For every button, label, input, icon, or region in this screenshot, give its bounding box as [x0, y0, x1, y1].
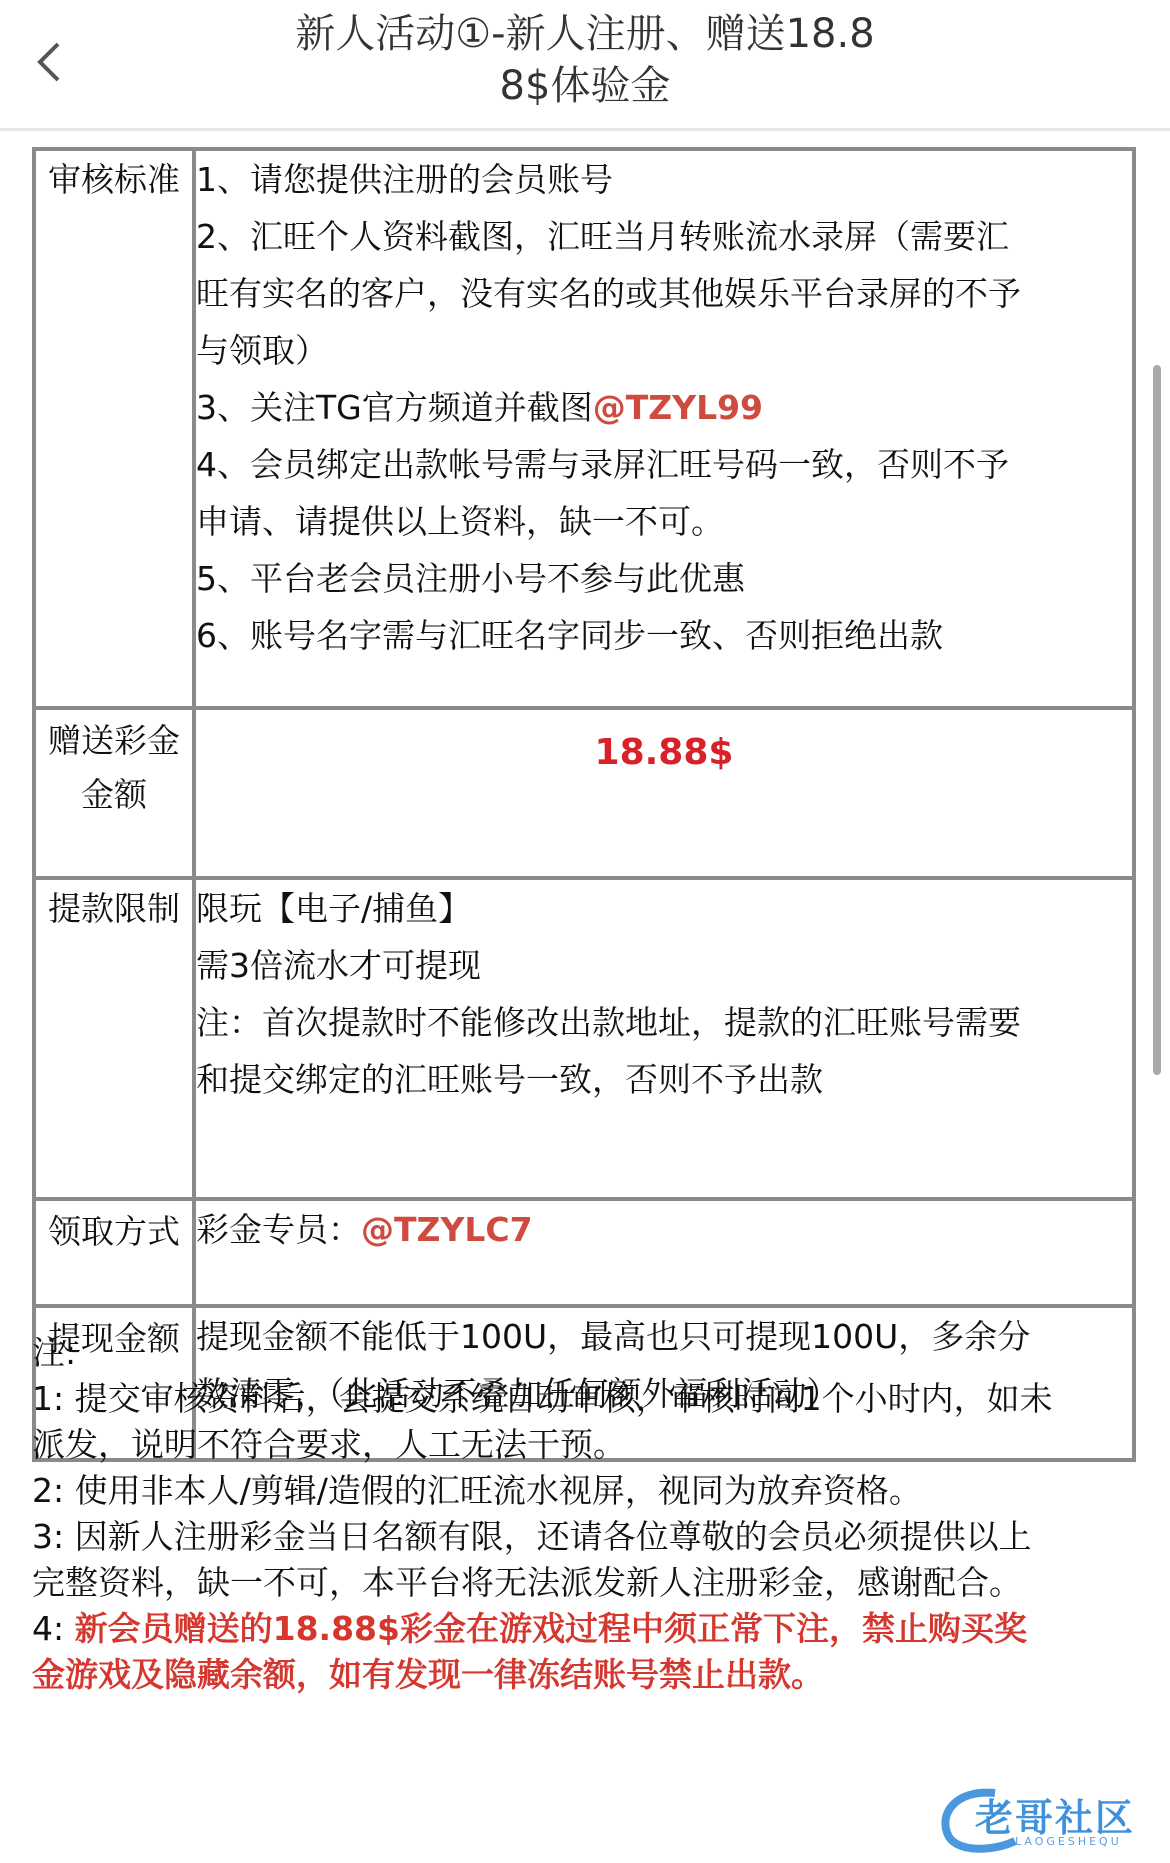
row-content: 18.88$: [194, 708, 1134, 878]
row-label: 审核标准: [34, 149, 194, 708]
row-label: 赠送彩金 金额: [34, 708, 194, 878]
watermark-logo: 老哥社区 LAOGESHEQU: [935, 1785, 1155, 1855]
rules-table: 审核标准 1、请您提供注册的会员账号 2、汇旺个人资料截图，汇旺当月转账流水录屏…: [32, 147, 1136, 1462]
table-row-review-criteria: 审核标准 1、请您提供注册的会员账号 2、汇旺个人资料截图，汇旺当月转账流水录屏…: [34, 149, 1134, 708]
note-warning: 金游戏及隐藏余额，如有发现一律冻结账号禁止出款。: [32, 1652, 1142, 1698]
note-line: 2: 使用非本人/剪辑/造假的汇旺流水视屏，视同为放弃资格。: [32, 1468, 1142, 1514]
watermark-subtext: LAOGESHEQU: [1015, 1835, 1122, 1848]
criteria-line: 4、会员绑定出款帐号需与录屏汇旺号码一致，否则不予: [196, 436, 1132, 493]
limit-line: 限玩【电子/捕鱼】: [196, 880, 1132, 937]
limit-line: 需3倍流水才可提现: [196, 937, 1132, 994]
row-label: 领取方式: [34, 1199, 194, 1306]
title-line-1: 新人活动①-新人注册、赠送18.8: [220, 8, 950, 60]
criteria-text: 3、关注TG官方频道并截图: [196, 388, 593, 427]
row-content: 1、请您提供注册的会员账号 2、汇旺个人资料截图，汇旺当月转账流水录屏（需要汇 …: [194, 149, 1134, 708]
claim-prefix: 彩金专员：: [196, 1210, 361, 1249]
limit-line: 和提交绑定的汇旺账号一致，否则不予出款: [196, 1051, 1132, 1108]
chevron-left-icon: [30, 36, 70, 86]
row-content: 彩金专员：@TZYLC7: [194, 1199, 1134, 1306]
note-line: 派发，说明不符合要求，人工无法干预。: [32, 1422, 1142, 1468]
note-line: 1: 提交审核资料后，会提交系统自动审核，审核时间1个小时内，如未: [32, 1376, 1142, 1422]
note-line: 3: 因新人注册彩金当日名额有限，还请各位尊敬的会员必须提供以上: [32, 1514, 1142, 1560]
table-row-bonus-amount: 赠送彩金 金额 18.88$: [34, 708, 1134, 878]
table-row-withdrawal-limits: 提款限制 限玩【电子/捕鱼】 需3倍流水才可提现 注：首次提款时不能修改出款地址…: [34, 878, 1134, 1199]
tg-channel-link[interactable]: @TZYL99: [593, 388, 763, 427]
notes-section: 注: 1: 提交审核资料后，会提交系统自动审核，审核时间1个小时内，如未 派发，…: [32, 1330, 1142, 1698]
criteria-line: 与领取）: [196, 322, 1132, 379]
limit-line: 注：首次提款时不能修改出款地址，提款的汇旺账号需要: [196, 994, 1132, 1051]
criteria-line: 旺有实名的客户，没有实名的或其他娱乐平台录屏的不予: [196, 265, 1132, 322]
table-row-claim-method: 领取方式 彩金专员：@TZYLC7: [34, 1199, 1134, 1306]
claim-line: 彩金专员：@TZYLC7: [196, 1201, 1132, 1258]
note-line: 完整资料，缺一不可，本平台将无法派发新人注册彩金，感谢配合。: [32, 1560, 1142, 1606]
vertical-scrollbar[interactable]: [1153, 365, 1161, 1075]
bonus-agent-link[interactable]: @TZYLC7: [361, 1210, 533, 1249]
page-title: 新人活动①-新人注册、赠送18.8 8$体验金: [220, 8, 950, 112]
notes-heading: 注:: [32, 1330, 1142, 1376]
row-label: 提款限制: [34, 878, 194, 1199]
note-warning: 新会员赠送的18.88$彩金在游戏过程中须正常下注，禁止购买奖: [75, 1609, 1027, 1648]
watermark-text: 老哥社区: [975, 1787, 1135, 1842]
row-content: 限玩【电子/捕鱼】 需3倍流水才可提现 注：首次提款时不能修改出款地址，提款的汇…: [194, 878, 1134, 1199]
criteria-line: 6、账号名字需与汇旺名字同步一致、否则拒绝出款: [196, 607, 1132, 664]
criteria-line: 3、关注TG官方频道并截图@TZYL99: [196, 379, 1132, 436]
nav-header: 新人活动①-新人注册、赠送18.8 8$体验金: [0, 0, 1170, 131]
back-button[interactable]: [30, 36, 70, 86]
criteria-line: 申请、请提供以上资料，缺一不可。: [196, 493, 1132, 550]
note-prefix: 4:: [32, 1609, 75, 1648]
label-line: 金额: [36, 768, 192, 822]
criteria-line: 2、汇旺个人资料截图，汇旺当月转账流水录屏（需要汇: [196, 208, 1132, 265]
criteria-line: 1、请您提供注册的会员账号: [196, 151, 1132, 208]
title-line-2: 8$体验金: [220, 60, 950, 112]
bonus-amount: 18.88$: [196, 710, 1132, 781]
note-line: 4: 新会员赠送的18.88$彩金在游戏过程中须正常下注，禁止购买奖: [32, 1606, 1142, 1652]
label-line: 赠送彩金: [36, 714, 192, 768]
criteria-line: 5、平台老会员注册小号不参与此优惠: [196, 550, 1132, 607]
